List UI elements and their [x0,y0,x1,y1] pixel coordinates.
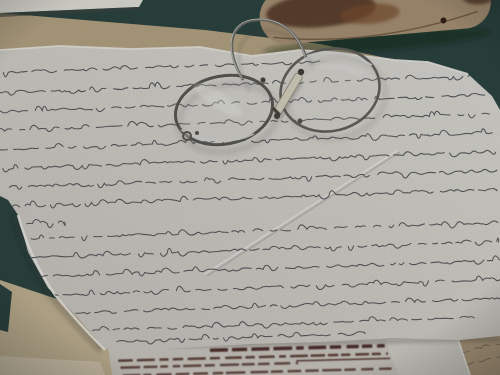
film-grain [0,0,500,375]
photo-svg [0,0,500,375]
photo-stage [0,0,500,375]
